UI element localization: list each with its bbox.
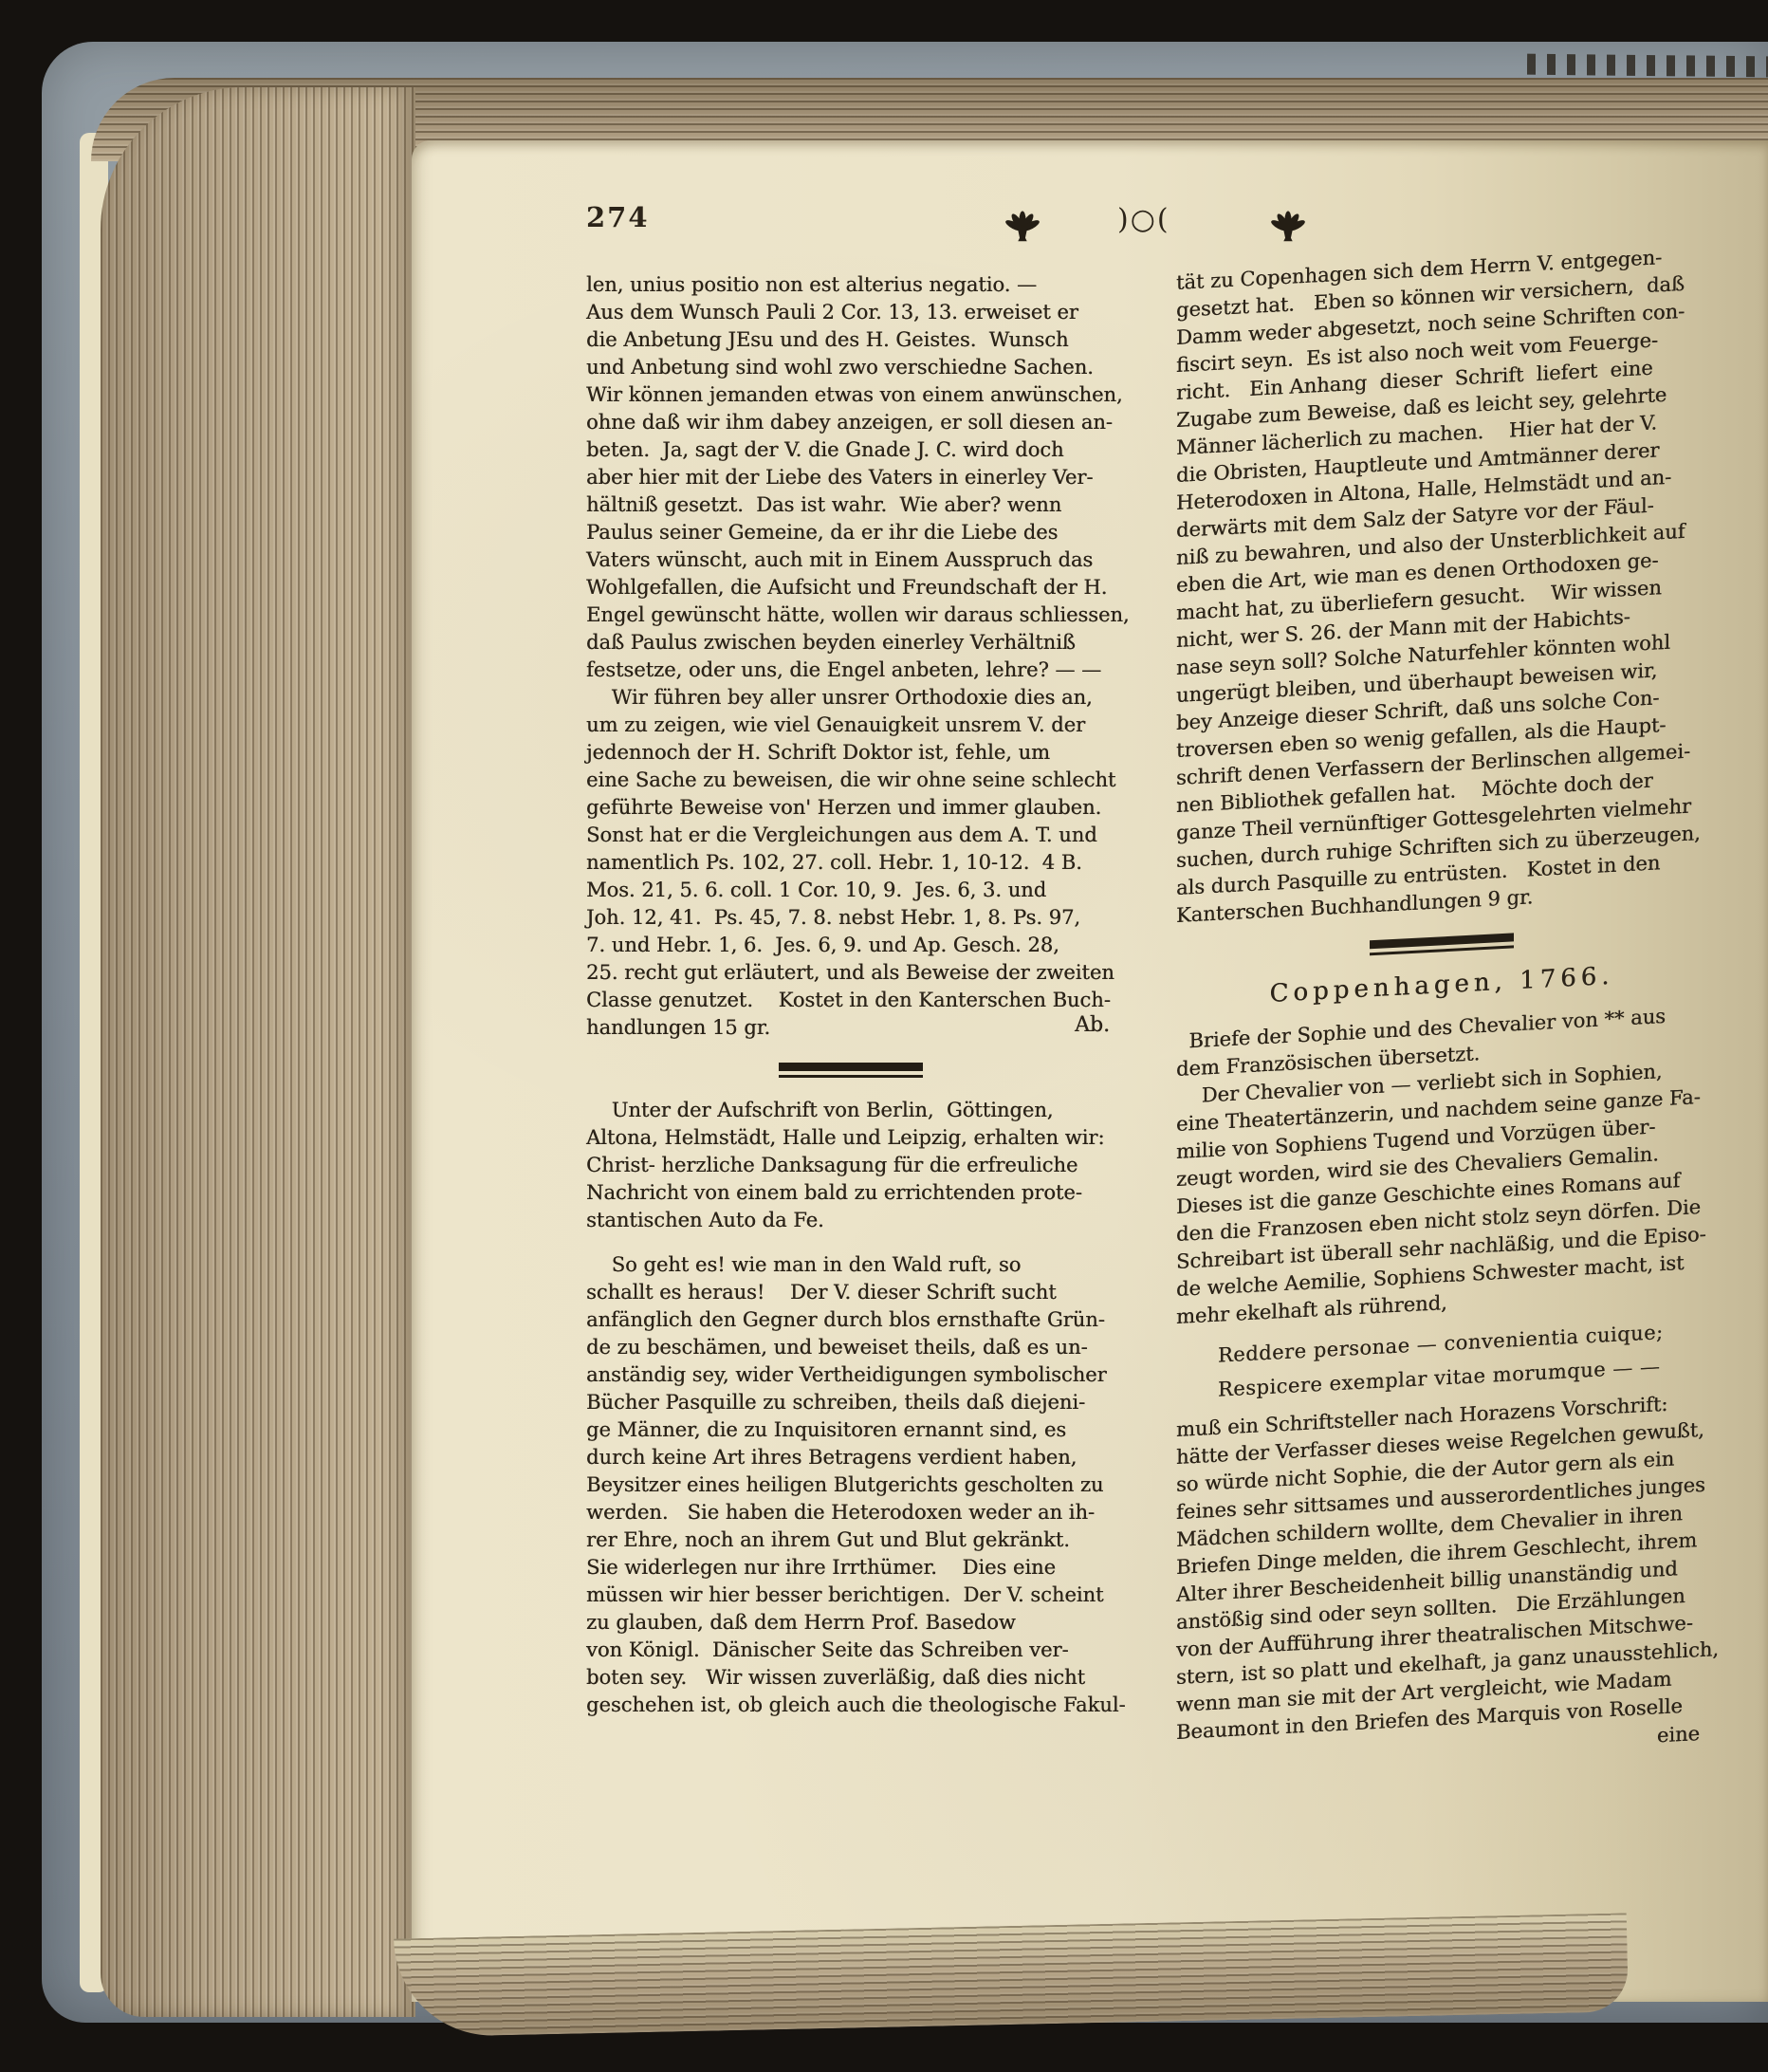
text-line: werden. Sie haben die Heterodoxen weder … <box>586 1499 1115 1526</box>
signature-mark: )○( <box>1117 203 1170 236</box>
text-line: 25. recht gut erläutert, und als Beweise… <box>586 959 1115 987</box>
text-line: Wohlgefallen, die Aufsicht und Freundsch… <box>586 574 1115 601</box>
text-line: Bücher Pasquille zu schreiben, theils da… <box>586 1389 1115 1416</box>
shell-ornament-icon <box>1004 211 1041 243</box>
text-line: Classe genutzet. Kostet in den Kantersch… <box>586 987 1115 1014</box>
text-line: festsetze, oder uns, die Engel anbeten, … <box>586 657 1115 684</box>
text-line: anfänglich den Gegner durch blos ernstha… <box>586 1306 1115 1334</box>
text-line: Paulus seiner Gemeine, da er ihr die Lie… <box>586 519 1115 546</box>
section-divider <box>1370 933 1514 955</box>
text-line: schallt es heraus! Der V. dieser Schrift… <box>586 1279 1115 1306</box>
text-line: Mos. 21, 5. 6. coll. 1 Cor. 10, 9. Jes. … <box>586 877 1115 904</box>
text-line: Wir führen bey aller unsrer Orthodoxie d… <box>586 684 1115 712</box>
text-line: Aus dem Wunsch Pauli 2 Cor. 13, 13. erwe… <box>586 299 1115 326</box>
text-line: ohne daß wir ihm dabey anzeigen, er soll… <box>586 409 1115 436</box>
text-line: Engel gewünscht hätte, wollen wir daraus… <box>586 601 1115 629</box>
page-number: 274 <box>586 201 650 233</box>
text-line: Christ- herzliche Danksagung für die erf… <box>586 1152 1115 1179</box>
review-body-2: muß ein Schriftsteller nach Horazens Vor… <box>1176 1389 1707 1747</box>
text-line: Altona, Helmstädt, Halle und Leipzig, er… <box>586 1124 1115 1152</box>
divider-thin-rule <box>779 1075 923 1078</box>
text-line: hältniß gesetzt. Das ist wahr. Wie aber?… <box>586 491 1115 519</box>
text-line: handlungen 15 gr. <box>586 1014 1115 1042</box>
text-line: daß Paulus zwischen beyden einerley Verh… <box>586 629 1115 657</box>
text-line: eine Sache zu beweisen, die wir ohne sei… <box>586 767 1115 794</box>
text-line: die Anbetung JEsu und des H. Geistes. Wu… <box>586 326 1115 354</box>
text-line: namentlich Ps. 102, 27. coll. Hebr. 1, 1… <box>586 849 1115 877</box>
text-line: Beysitzer eines heiligen Blutgerichts ge… <box>586 1471 1115 1499</box>
text-line: Joh. 12, 41. Ps. 45, 7. 8. nebst Hebr. 1… <box>586 904 1115 932</box>
text-line: len, unius positio non est alterius nega… <box>586 271 1115 299</box>
article-2-title-paragraph: Unter der Aufschrift von Berlin, Götting… <box>586 1097 1115 1234</box>
text-line: geführte Beweise von' Herzen und immer g… <box>586 794 1115 822</box>
page-edges-fore-edge <box>101 87 415 2017</box>
binding-stitches <box>1527 54 1768 78</box>
text-line: und Anbetung sind wohl zwo verschiedne S… <box>586 354 1115 381</box>
text-line: anständig sey, wider Vertheidigungen sym… <box>586 1361 1115 1389</box>
text-line: Unter der Aufschrift von Berlin, Götting… <box>586 1097 1115 1124</box>
left-text-column: len, unius positio non est alterius nega… <box>586 271 1115 1719</box>
text-line: Sie widerlegen nur ihre Irrthümer. Dies … <box>586 1554 1115 1582</box>
text-line: geschehen ist, ob gleich auch die theolo… <box>586 1692 1115 1719</box>
text-line: Nachricht von einem bald zu errichtenden… <box>586 1179 1115 1207</box>
text-line: ge Männer, die zu Inquisitoren ernannt s… <box>586 1416 1115 1444</box>
review-body-1: Der Chevalier von — verliebt sich in Sop… <box>1176 1056 1707 1331</box>
article-2-body-continuation: tät zu Copenhagen sich dem Herrn V. entg… <box>1176 242 1707 930</box>
right-text-column: tät zu Copenhagen sich dem Herrn V. entg… <box>1176 242 1707 1775</box>
text-line: boten sey. Wir wissen zuverläßig, daß di… <box>586 1664 1115 1692</box>
divider-thick-rule <box>779 1063 923 1071</box>
text-line: durch keine Art ihres Betragens verdient… <box>586 1444 1115 1471</box>
article-2-body: So geht es! wie man in den Wald ruft, so… <box>586 1251 1115 1719</box>
text-line: von Königl. Dänischer Seite das Schreibe… <box>586 1637 1115 1664</box>
text-line: de zu beschämen, und beweiset theils, da… <box>586 1334 1115 1361</box>
scanned-book-page: 274 )○( len, unius po <box>0 0 1768 2072</box>
text-line: Vaters wünscht, auch mit in Einem Ausspr… <box>586 546 1115 574</box>
text-line: um zu zeigen, wie viel Genauigkeit unsre… <box>586 712 1115 739</box>
text-line: aber hier mit der Liebe des Vaters in ei… <box>586 464 1115 491</box>
text-line: beten. Ja, sagt der V. die Gnade J. C. w… <box>586 436 1115 464</box>
article-1-continuation: len, unius positio non est alterius nega… <box>586 271 1115 1042</box>
text-line: Wir können jemanden etwas von einem anwü… <box>586 381 1115 409</box>
shell-ornament-icon <box>1269 211 1307 243</box>
text-line: rer Ehre, noch an ihrem Gut und Blut gek… <box>586 1526 1115 1554</box>
section-divider <box>779 1063 923 1078</box>
text-line: zu glauben, daß dem Herrn Prof. Basedow <box>586 1609 1115 1637</box>
text-line: Sonst hat er die Vergleichungen aus dem … <box>586 822 1115 849</box>
text-line: 7. und Hebr. 1, 6. Jes. 6, 9. und Ap. Ge… <box>586 932 1115 959</box>
text-line: So geht es! wie man in den Wald ruft, so <box>586 1251 1115 1279</box>
text-line: jedennoch der H. Schrift Doktor ist, feh… <box>586 739 1115 767</box>
text-line: müssen wir hier besser berichtigen. Der … <box>586 1582 1115 1609</box>
text-line: stantischen Auto da Fe. <box>586 1207 1115 1234</box>
article-signature: Ab. <box>1075 1013 1110 1037</box>
